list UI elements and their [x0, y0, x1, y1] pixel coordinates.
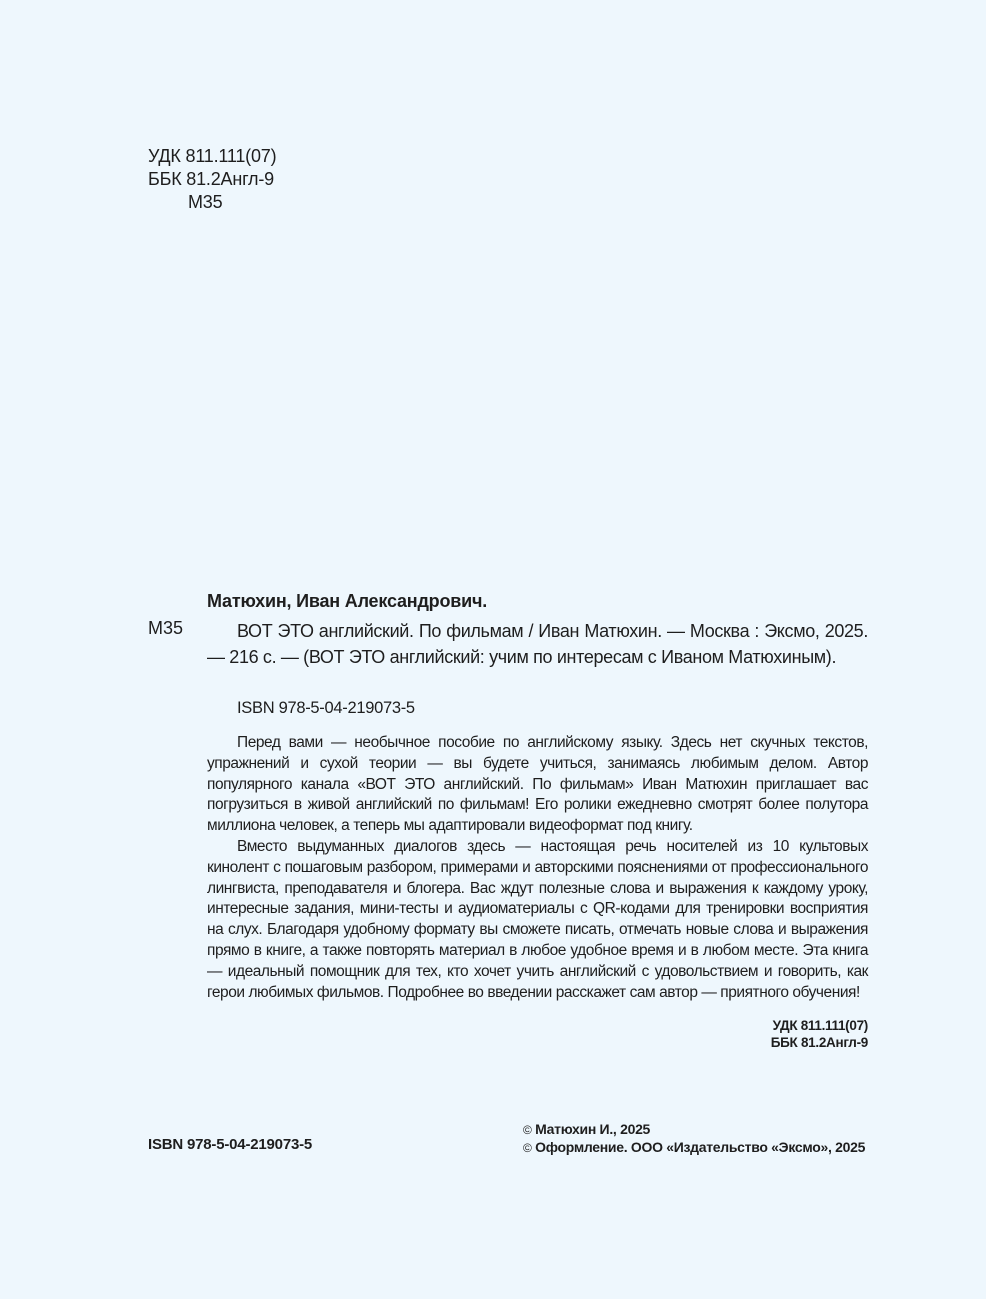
copyright-block: © Матюхин И., 2025 © Оформление. ООО «Из…: [523, 1121, 865, 1157]
udk-code: УДК 811.111(07): [148, 145, 276, 168]
record-author: Матюхин, Иван Александрович.: [207, 591, 487, 612]
record-isbn: ISBN 978-5-04-219073-5: [237, 699, 415, 718]
bbk-code-right: ББК 81.2Англ-9: [771, 1034, 868, 1051]
author-mark: М35: [148, 191, 276, 214]
copyright-text: Оформление. ООО «Издательство «Эксмо», 2…: [535, 1139, 865, 1155]
footer-isbn: ISBN 978-5-04-219073-5: [148, 1136, 312, 1153]
record-author-mark: М35: [148, 618, 183, 639]
bbk-code: ББК 81.2Англ-9: [148, 168, 276, 191]
annotation: Перед вами — необычное пособие по англий…: [207, 733, 868, 1003]
udk-code-right: УДК 811.111(07): [771, 1017, 868, 1034]
copyright-line: © Оформление. ООО «Издательство «Эксмо»,…: [523, 1139, 865, 1157]
copyright-text: Матюхин И., 2025: [535, 1121, 650, 1137]
copyright-icon: ©: [523, 1123, 532, 1137]
copyright-line: © Матюхин И., 2025: [523, 1121, 865, 1139]
codes-right-block: УДК 811.111(07) ББК 81.2Англ-9: [771, 1017, 868, 1051]
annotation-paragraph: Вместо выдуманных диалогов здесь — насто…: [207, 837, 868, 1003]
classification-block: УДК 811.111(07) ББК 81.2Англ-9 М35: [148, 145, 276, 214]
annotation-paragraph: Перед вами — необычное пособие по англий…: [207, 733, 868, 837]
copyright-icon: ©: [523, 1141, 532, 1155]
bibliographic-description: ВОТ ЭТО английский. По фильмам / Иван Ма…: [207, 618, 868, 670]
